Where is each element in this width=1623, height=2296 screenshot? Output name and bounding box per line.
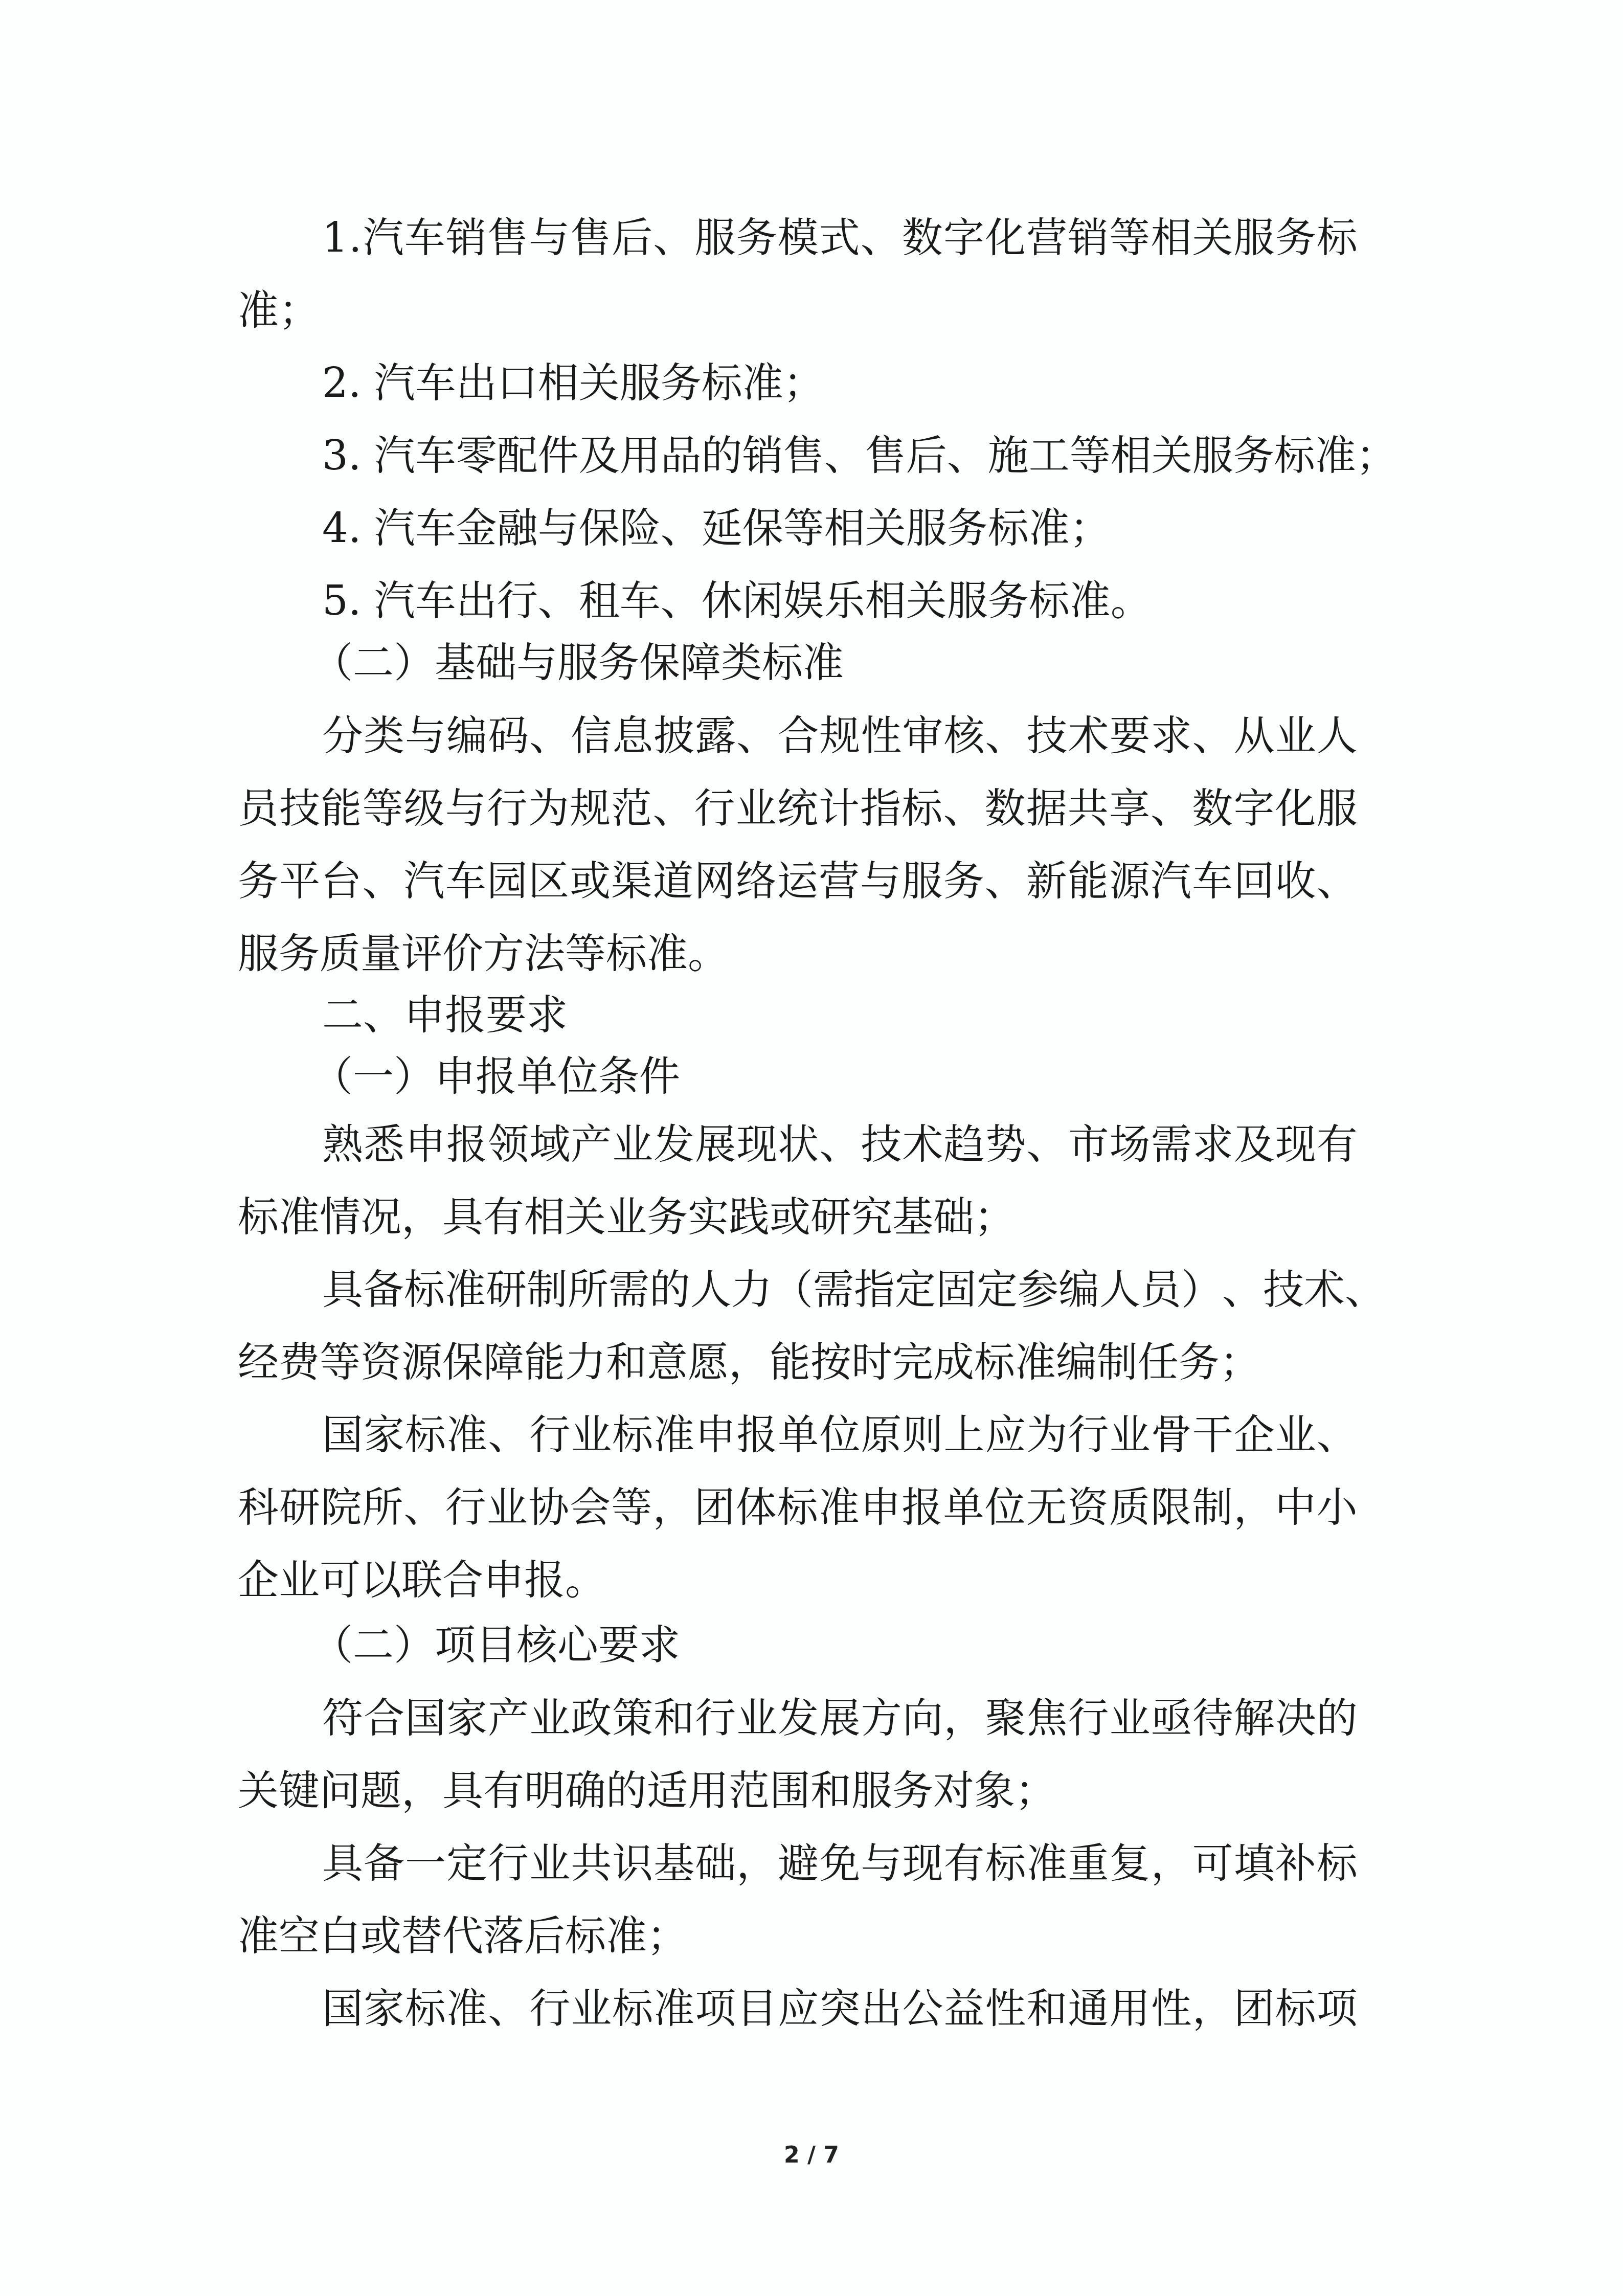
section-heading-application-requirements: 二、申报要求 — [322, 989, 1358, 1041]
subsection-heading-basic-standards: （二）基础与服务保障类标准 — [312, 637, 1432, 688]
paragraph-applicant-3-line-2: 科研院所、行业协会等，团体标准申报单位无资质限制，中小 — [238, 1482, 1358, 1533]
subsection-heading-project-requirements: （二）项目核心要求 — [312, 1619, 1432, 1671]
paragraph-project-2-line-1: 具备一定行业共识基础，避免与现有标准重复，可填补标 — [322, 1838, 1358, 1889]
list-item-2: 2. 汽车出口相关服务标准； — [322, 357, 1358, 409]
list-item-1-line-1: 1. 汽车销售与售后、服务模式、数字化营销等相关服务标 — [322, 212, 1358, 263]
paragraph-applicant-1-line-1: 熟悉申报领域产业发展现状、技术趋势、市场需求及现有 — [322, 1119, 1358, 1170]
subsection-heading-applicant-conditions: （一）申报单位条件 — [312, 1051, 1432, 1102]
document-page: 1. 汽车销售与售后、服务模式、数字化营销等相关服务标 准； 2. 汽车出口相关… — [0, 0, 1623, 2296]
paragraph-project-1-line-2: 关键问题，具有明确的适用范围和服务对象； — [238, 1765, 1358, 1816]
paragraph-basic-standards-line-4: 服务质量评价方法等标准。 — [238, 928, 1358, 979]
paragraph-basic-standards-line-2: 员技能等级与行为规范、行业统计指标、数据共享、数字化服 — [238, 783, 1358, 834]
paragraph-basic-standards-line-1: 分类与编码、信息披露、合规性审核、技术要求、从业人 — [322, 710, 1358, 761]
page-number: 2 / 7 — [0, 2140, 1623, 2171]
paragraph-basic-standards-line-3: 务平台、汽车园区或渠道网络运营与服务、新能源汽车回收、 — [238, 856, 1358, 907]
paragraph-project-2-line-2: 准空白或替代落后标准； — [238, 1910, 1358, 1962]
paragraph-applicant-2-line-1: 具备标准研制所需的人力（需指定固定参编人员）、技术、 — [322, 1264, 1358, 1315]
paragraph-applicant-1-line-2: 标准情况，具有相关业务实践或研究基础； — [238, 1191, 1358, 1243]
list-item-1-line-2: 准； — [238, 285, 1358, 336]
list-item-4: 4. 汽车金融与保险、延保等相关服务标准； — [322, 503, 1358, 554]
paragraph-applicant-3-line-1: 国家标准、行业标准申报单位原则上应为行业骨干企业、 — [322, 1409, 1358, 1460]
paragraph-applicant-3-line-3: 企业可以联合申报。 — [238, 1555, 1358, 1606]
paragraph-project-1-line-1: 符合国家产业政策和行业发展方向，聚焦行业亟待解决的 — [322, 1693, 1358, 1744]
list-item-3: 3. 汽车零配件及用品的销售、售后、施工等相关服务标准； — [322, 430, 1358, 481]
list-item-5: 5. 汽车出行、租车、休闲娱乐相关服务标准。 — [322, 575, 1358, 626]
paragraph-applicant-2-line-2: 经费等资源保障能力和意愿，能按时完成标准编制任务； — [238, 1337, 1358, 1388]
paragraph-project-3-line-1: 国家标准、行业标准项目应突出公益性和通用性，团标项 — [322, 1983, 1358, 2034]
